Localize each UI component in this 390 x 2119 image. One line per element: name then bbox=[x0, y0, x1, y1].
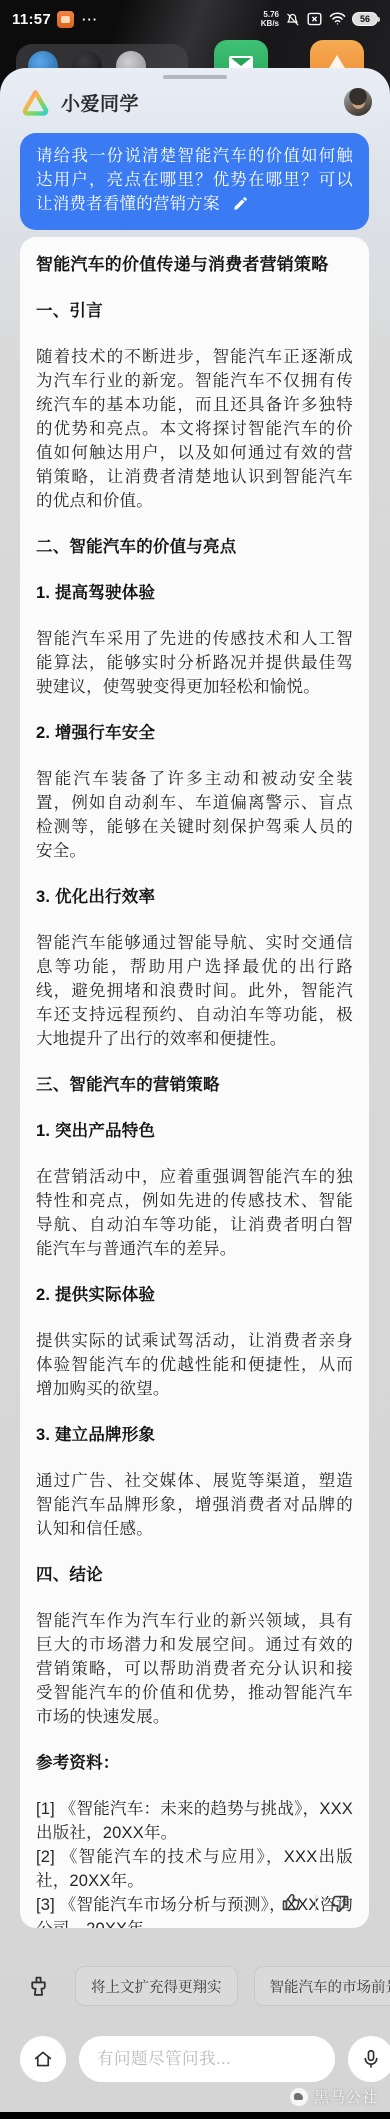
feedback-row bbox=[280, 1892, 351, 1914]
article-paragraph: 在营销活动中，应着重强调智能汽车的独特性和亮点，例如先进的传感技术、智能导航、自… bbox=[36, 1165, 353, 1261]
sheet-drag-handle[interactable] bbox=[163, 75, 227, 79]
wifi-icon bbox=[329, 12, 346, 26]
article-heading: 一、引言 bbox=[36, 299, 353, 323]
user-message-bubble: 请给我一份说清楚智能汽车的价值如何触达用户，亮点在哪里？优势在哪里？可以让消费者… bbox=[20, 133, 369, 230]
home-button[interactable] bbox=[20, 2036, 66, 2082]
article-paragraph: 智能汽车作为汽车行业的新兴领域，具有巨大的市场潜力和发展空间。通过有效的营销策略… bbox=[36, 1609, 353, 1729]
user-avatar[interactable] bbox=[344, 88, 372, 116]
article-heading: 2. 提供实际体验 bbox=[36, 1283, 353, 1307]
thumb-up-icon[interactable] bbox=[280, 1892, 302, 1914]
thumb-down-icon[interactable] bbox=[329, 1892, 351, 1914]
article-paragraph: 随着技术的不断进步，智能汽车正逐渐成为汽车行业的新宠。智能汽车不仅拥有传统汽车的… bbox=[36, 345, 353, 513]
channel-watermark: 黑马公社 bbox=[290, 2086, 378, 2107]
watermark-logo-icon bbox=[290, 2088, 308, 2106]
article-heading: 智能汽车的价值传递与消费者营销策略 bbox=[36, 253, 353, 277]
app-title: 小爱同学 bbox=[61, 89, 139, 116]
article-paragraph: [1] 《智能汽车：未来的趋势与挑战》，XXX出版社，20XX年。 bbox=[36, 1797, 353, 1845]
article-paragraph: 智能汽车采用了先进的传感技术和人工智能算法，能够实时分析路况并提供最佳驾驶建议，… bbox=[36, 627, 353, 699]
article-heading: 参考资料： bbox=[36, 1751, 353, 1775]
edit-message-icon[interactable] bbox=[233, 194, 248, 218]
clock: 11:57 bbox=[12, 11, 51, 28]
sim-x-icon bbox=[306, 12, 323, 26]
mic-icon bbox=[360, 2048, 382, 2070]
feedback-divider bbox=[315, 1895, 316, 1911]
more-notifications-dots: ··· bbox=[82, 12, 98, 27]
network-speed: 5.76 KB/s bbox=[261, 10, 279, 28]
screen-bottom-edge bbox=[0, 2112, 390, 2119]
suggestion-chip[interactable]: 将上文扩充得更翔实 bbox=[75, 1966, 238, 2006]
article-heading: 2. 增强行车安全 bbox=[36, 721, 353, 745]
article-heading: 1. 突出产品特色 bbox=[36, 1119, 353, 1143]
watermark-text: 黑马公社 bbox=[314, 2086, 378, 2107]
article-paragraph: 提供实际的试乘试驾活动，让消费者亲身体验智能汽车的优越性能和便捷性，从而增加购买… bbox=[36, 1329, 353, 1401]
mic-button[interactable] bbox=[348, 2036, 390, 2082]
article-heading: 3. 建立品牌形象 bbox=[36, 1423, 353, 1447]
article-heading: 三、智能汽车的营销策略 bbox=[36, 1073, 353, 1097]
mute-icon bbox=[285, 12, 300, 27]
home-icon bbox=[32, 2048, 54, 2070]
brush-icon[interactable] bbox=[26, 1974, 51, 1999]
article-heading: 1. 提高驾驶体验 bbox=[36, 581, 353, 605]
suggestions-row: 将上文扩充得更翔实 智能汽车的市场前景如何 bbox=[0, 1964, 390, 2008]
article-paragraph: [2] 《智能汽车的技术与应用》，XXX出版社，20XX年。 bbox=[36, 1845, 353, 1893]
article-paragraph: 智能汽车装备了许多主动和被动安全装置，例如自动刹车、车道偏离警示、盲点检测等，能… bbox=[36, 767, 353, 863]
article-paragraph: 智能汽车能够通过智能导航、实时交通信息等功能，帮助用户选择最优的出行路线，避免拥… bbox=[36, 931, 353, 1051]
article-heading: 四、结论 bbox=[36, 1563, 353, 1587]
status-bar: 11:57 ··· 5.76 KB/s 56 bbox=[0, 6, 390, 32]
chat-input[interactable] bbox=[79, 2036, 335, 2082]
article-body: 智能汽车的价值传递与消费者营销策略一、引言随着技术的不断进步，智能汽车正逐渐成为… bbox=[36, 253, 353, 1928]
suggestion-chip[interactable]: 智能汽车的市场前景如何 bbox=[254, 1966, 390, 2006]
assistant-header: 小爱同学 bbox=[20, 84, 372, 120]
article-paragraph: 通过广告、社交媒体、展览等渠道，塑造智能汽车品牌形象，增强消费者对品牌的认知和信… bbox=[36, 1469, 353, 1541]
input-bar bbox=[20, 2036, 374, 2082]
assistant-answer-card: 智能汽车的价值传递与消费者营销策略一、引言随着技术的不断进步，智能汽车正逐渐成为… bbox=[20, 237, 369, 1928]
battery-icon: 56 bbox=[352, 12, 378, 26]
notification-app-icon bbox=[57, 11, 74, 28]
user-message-text: 请给我一份说清楚智能汽车的价值如何触达用户，亮点在哪里？优势在哪里？可以让消费者… bbox=[36, 147, 353, 213]
article-heading: 3. 优化出行效率 bbox=[36, 885, 353, 909]
article-heading: 二、智能汽车的价值与亮点 bbox=[36, 535, 353, 559]
xiaoai-logo-icon bbox=[20, 87, 51, 118]
